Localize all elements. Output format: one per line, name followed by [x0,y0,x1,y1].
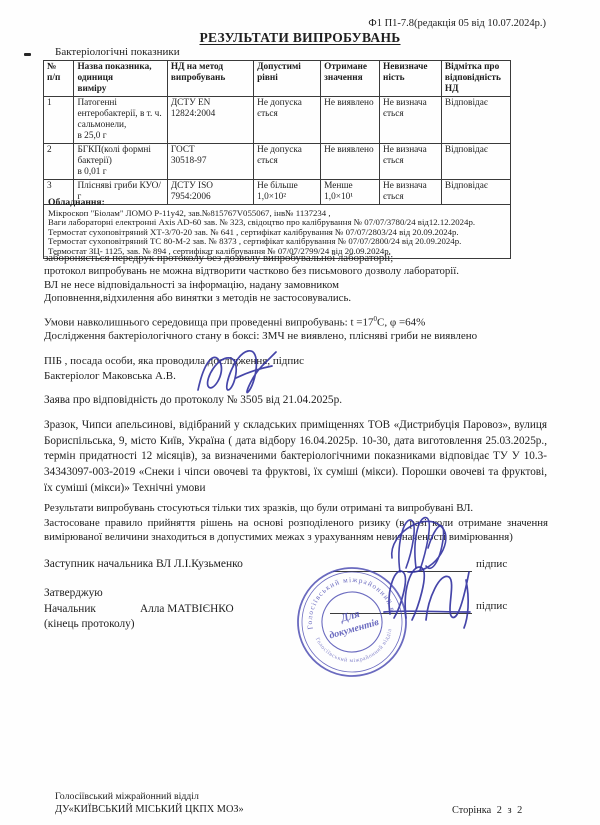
note-line: Доповнення,відхилення або винятки з мето… [44,292,459,305]
stamp-ring-text-bottom: Голосіївський міжрайонний відділ [314,617,400,674]
cell-limits: Не допуска ється [254,97,321,144]
footer-department: Голосіївський міжрайонний відділ [55,791,199,802]
cell-result: Не виявлено [321,97,380,144]
note-line: забороняється передрук протоколу без доз… [44,252,459,265]
chief-signature-ink [384,567,470,628]
results-scope-note: Результати випробувань стосуються тільки… [44,502,473,514]
footer-organization: ДУ«КИЇВСЬКИЙ МІСЬКИЙ ЦКПХ МОЗ» [55,804,244,815]
stamp-center-text: документів [328,617,381,642]
end-of-protocol-note: (кінець протоколу) [44,618,135,630]
form-code: Ф1 П1-7.8(редакція 05 від 10.07.2024р.) [0,18,546,29]
cell-name: БГКП(колі формні бактерії) в 0,01 г [74,143,167,179]
scan-edge-artifact [24,53,31,56]
examiner-name: Бактеріолог Маковська А.В. [44,370,176,382]
table-header-row: № п/п Назва показника, одиниця виміру НД… [44,61,511,97]
sign-label: підпис [476,600,507,612]
table-row: 1 Патогенні ентеробактерії, в т. ч. саль… [44,97,511,144]
cell-result: Не виявлено [321,143,380,179]
stamp-center-text: Для [339,608,362,625]
chief-name: Алла МАТВІЄНКО [140,603,234,615]
section-label: Бактеріологічні показники [55,46,180,58]
chief-title: Начальник [44,603,96,615]
signature-line [333,571,472,572]
cell-limits: Не допуска ється [254,143,321,179]
results-table: № п/п Назва показника, одиниця виміру НД… [43,60,511,205]
col-header-name: Назва показника, одиниця виміру [74,61,167,97]
decision-rule: Застосоване правило прийняття рішень на … [44,516,548,545]
cell-name: Патогенні ентеробактерії, в т. ч. сальмо… [74,97,167,144]
col-header-uncertainty: Невизначе ність [380,61,442,97]
examiner-caption: ПІБ , посада особи, яка проводила дослід… [44,355,304,367]
environment-conditions: Умови навколишнього середовища при прове… [44,315,425,329]
page-number: Сторінка 2 з 2 [452,805,522,816]
col-header-result: Отримане значення [321,61,380,97]
deputy-title: Заступник начальника ВЛ Л.І.Кузьменко [44,558,243,570]
box-check-line: Дослідження бактеріологічного стану в бо… [44,330,477,342]
col-header-num: № п/п [44,61,74,97]
col-header-mark: Відмітка про відповідність НД [441,61,510,97]
document-stamp: Голосіївський міжрайонний відділ Голосії… [285,555,419,689]
cell-mark: Відповідає [441,97,510,144]
equipment-label: Обладнання: [48,198,506,209]
protocol-page: Ф1 П1-7.8(редакція 05 від 10.07.2024р.) … [0,0,600,825]
env-text: Умови навколишнього середовища при прове… [44,317,374,329]
svg-text:Голосіївський міжрайонний відд: Голосіївський міжрайонний відділ [314,617,400,674]
cell-num: 2 [44,143,74,179]
sample-description: Зразок, Чипси апельсинові, відібраний у … [44,418,547,497]
cell-mark: Відповідає [441,143,510,179]
restriction-notes: забороняється передрук протоколу без доз… [44,252,459,306]
equipment-box: Обладнання: Мікроскоп "Біолам" ЛОМО Р-11… [43,197,511,259]
col-header-limits: Допустимі рівні [254,61,321,97]
svg-text:Голосіївський міжрайонний відд: Голосіївський міжрайонний відділ [295,565,397,637]
cell-num: 1 [44,97,74,144]
approve-label: Затверджую [44,587,103,599]
stamp-ring-text: Голосіївський міжрайонний відділ [295,565,397,637]
table-row: 2 БГКП(колі формні бактерії) в 0,01 г ГО… [44,143,511,179]
sign-label: підпис [476,558,507,570]
cell-method: ДСТУ EN 12824:2004 [167,97,253,144]
cell-uncertainty: Не визнача ється [380,97,442,144]
signature-line [330,613,472,614]
note-line: ВЛ не несе відповідальності за інформаці… [44,279,459,292]
note-line: протокол випробувань не можна відтворити… [44,265,459,278]
page-title: РЕЗУЛЬТАТИ ВИПРОБУВАНЬ [0,30,600,46]
env-text: С, φ =64% [377,317,425,329]
cell-method: ГОСТ 30518-97 [167,143,253,179]
col-header-method: НД на метод випробувань [167,61,253,97]
conformity-statement: Заява про відповідність до протоколу № 3… [44,394,342,406]
cell-uncertainty: Не визнача ється [380,143,442,179]
